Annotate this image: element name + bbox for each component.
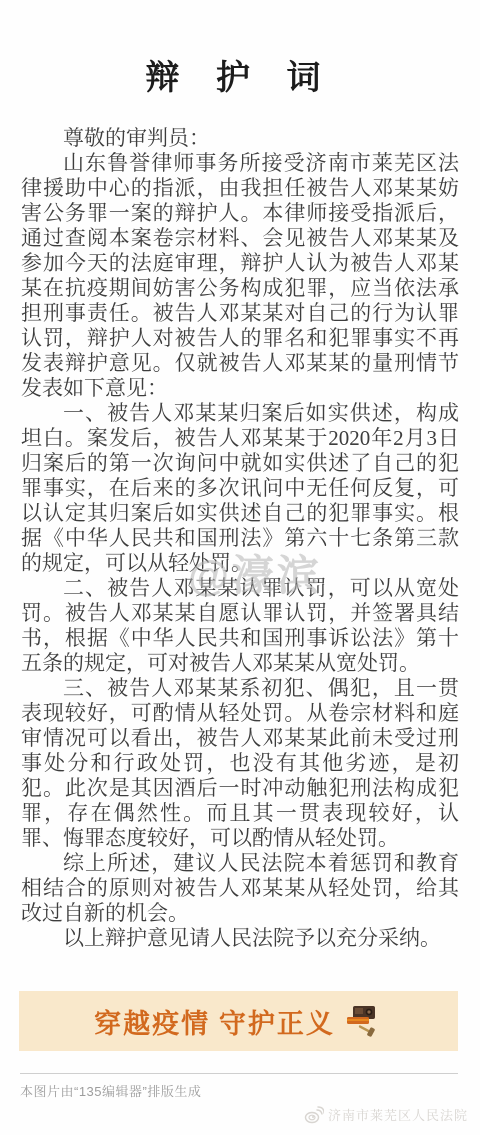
- paragraph-closing: 以上辩护意见请人民法院予以充分采纳。: [21, 926, 459, 951]
- weibo-icon: [304, 1106, 324, 1124]
- paragraph-summary: 综上所述，建议人民法院本着惩罚和教育相结合的原则对被告人邓某某从轻处罚，给其改过…: [21, 851, 459, 926]
- slogan-banner: 穿越疫情 守护正义: [19, 991, 458, 1051]
- paragraph-intro: 山东鲁誉律师事务所接受济南市莱芜区法律援助中心的指派，由我担任被告人邓某某妨害公…: [21, 151, 459, 401]
- camera-gavel-illustration-icon: [345, 1004, 383, 1038]
- paragraph-point-1: 一、被告人邓某某归案后如实供述，构成坦白。案发后，被告人邓某某于2020年2月3…: [21, 401, 459, 576]
- footer-divider: [20, 1073, 458, 1074]
- document-title: 辩 护 词: [0, 58, 480, 100]
- document-body: 尊敬的审判员： 山东鲁誉律师事务所接受济南市莱芜区法律援助中心的指派，由我担任被…: [21, 126, 459, 951]
- court-watermark-text: 济南市莱芜区人民法院: [328, 1105, 468, 1124]
- paragraph-point-3: 三、被告人邓某某系初犯、偶犯，且一贯表现较好，可酌情从轻处罚。从卷宗材料和庭审情…: [21, 676, 459, 851]
- court-weibo-watermark: 济南市莱芜区人民法院: [304, 1105, 468, 1124]
- paragraph-point-2: 二、被告人邓某某认罪认罚，可以从宽处罚。被告人邓某某自愿认罪认罚，并签署具结书，…: [21, 576, 459, 676]
- editor-credit: 本图片由“135编辑器”排版生成: [20, 1081, 201, 1100]
- defense-statement-image: 辩 护 词 尊敬的审判员： 山东鲁誉律师事务所接受济南市莱芜区法律援助中心的指派…: [0, 0, 480, 1135]
- salutation: 尊敬的审判员：: [21, 126, 459, 151]
- slogan-banner-text: 穿越疫情 守护正义: [94, 1002, 335, 1041]
